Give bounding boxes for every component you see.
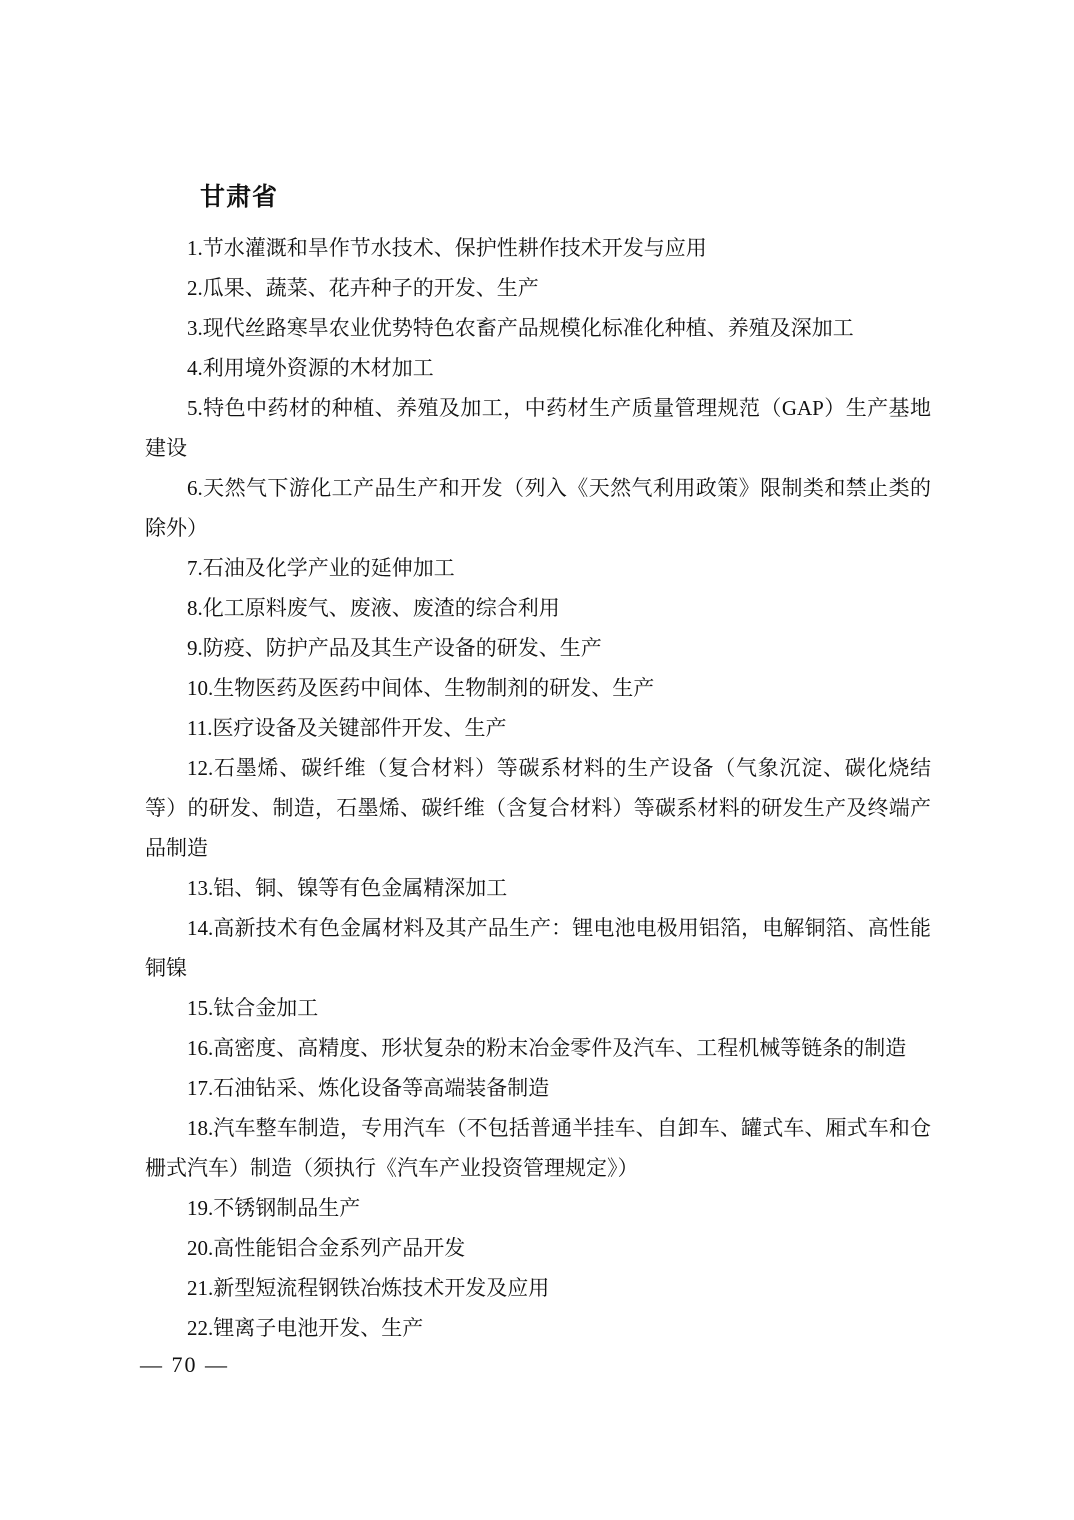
list-item: 7.石油及化学产业的延伸加工 (145, 548, 931, 588)
list-item: 15.钛合金加工 (145, 988, 931, 1028)
list-item: 21.新型短流程钢铁冶炼技术开发及应用 (145, 1268, 931, 1308)
list-item: 4.利用境外资源的木材加工 (145, 348, 931, 388)
list-item: 6.天然气下游化工产品生产和开发（列入《天然气利用政策》限制类和禁止类的除外） (145, 468, 931, 548)
list-item: 22.锂离子电池开发、生产 (145, 1308, 931, 1348)
document-content: 甘肃省 1.节水灌溉和旱作节水技术、保护性耕作技术开发与应用2.瓜果、蔬菜、花卉… (145, 180, 931, 1348)
list-item: 8.化工原料废气、废液、废渣的综合利用 (145, 588, 931, 628)
list-item: 13.铝、铜、镍等有色金属精深加工 (145, 868, 931, 908)
page-title: 甘肃省 (200, 180, 931, 214)
list-item: 14.高新技术有色金属材料及其产品生产：锂电池电极用铝箔，电解铜箔、高性能铜镍 (145, 908, 931, 988)
list-item: 18.汽车整车制造，专用汽车（不包括普通半挂车、自卸车、罐式车、厢式车和仓栅式汽… (145, 1108, 931, 1188)
list-item: 19.不锈钢制品生产 (145, 1188, 931, 1228)
list-item: 11.医疗设备及关键部件开发、生产 (145, 708, 931, 748)
list-item: 9.防疫、防护产品及其生产设备的研发、生产 (145, 628, 931, 668)
list-item: 2.瓜果、蔬菜、花卉种子的开发、生产 (145, 268, 931, 308)
list-item: 10.生物医药及医药中间体、生物制剂的研发、生产 (145, 668, 931, 708)
list-item: 17.石油钻采、炼化设备等高端装备制造 (145, 1068, 931, 1108)
list-item: 5.特色中药材的种植、养殖及加工，中药材生产质量管理规范（GAP）生产基地建设 (145, 388, 931, 468)
page-number: — 70 — (140, 1350, 229, 1380)
document-page: 甘肃省 1.节水灌溉和旱作节水技术、保护性耕作技术开发与应用2.瓜果、蔬菜、花卉… (0, 0, 1074, 1520)
list-item: 20.高性能铝合金系列产品开发 (145, 1228, 931, 1268)
list-item: 3.现代丝路寒旱农业优势特色农畜产品规模化标准化种植、养殖及深加工 (145, 308, 931, 348)
list-item: 16.高密度、高精度、形状复杂的粉末冶金零件及汽车、工程机械等链条的制造 (145, 1028, 931, 1068)
list-item: 1.节水灌溉和旱作节水技术、保护性耕作技术开发与应用 (145, 228, 931, 268)
list-item: 12.石墨烯、碳纤维（复合材料）等碳系材料的生产设备（气象沉淀、碳化烧结等）的研… (145, 748, 931, 868)
item-list: 1.节水灌溉和旱作节水技术、保护性耕作技术开发与应用2.瓜果、蔬菜、花卉种子的开… (145, 228, 931, 1348)
